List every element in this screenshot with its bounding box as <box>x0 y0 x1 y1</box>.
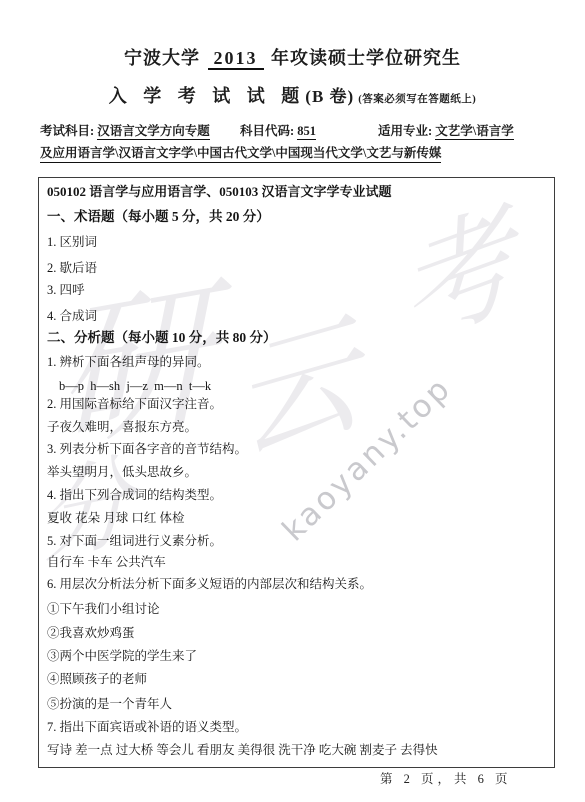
question-box: 050102 语言学与应用语言学、050103 汉语言文字学专业试题 一、术语题… <box>38 177 555 768</box>
analysis-q6-item-2: ②我喜欢炒鸡蛋 <box>47 626 135 641</box>
section-2-heading: 二、分析题（每小题 10 分，共 80 分） <box>47 330 277 345</box>
majors-value: 文艺学\语言学 <box>435 124 513 140</box>
analysis-q7-words: 写诗 差一点 过大桥 等会儿 看朋友 美得很 洗干净 吃大碗 割麦子 去得快 <box>47 743 438 758</box>
analysis-q5-words: 自行车 卡车 公共汽车 <box>47 555 166 570</box>
exam-title-line1: 宁波大学 2013 年攻读硕士学位研究生 <box>0 44 585 70</box>
section-1-heading: 一、术语题（每小题 5 分，共 20 分） <box>47 209 270 224</box>
exam-year: 2013 <box>208 48 264 70</box>
analysis-q3-sentence: 举头望明月，低头思故乡。 <box>47 465 197 480</box>
analysis-q6-item-3: ③两个中医学院的学生来了 <box>47 649 197 664</box>
term-question-1: 1. 区别词 <box>47 235 97 250</box>
subject-value: 汉语言文学方向专题 <box>97 124 210 140</box>
analysis-q5: 5. 对下面一组词进行义素分析。 <box>47 534 222 549</box>
program-codes-line: 050102 语言学与应用语言学、050103 汉语言文字学专业试题 <box>47 184 392 199</box>
code-label: 科目代码: <box>240 124 297 138</box>
analysis-q6-item-5: ⑤扮演的是一个青年人 <box>47 697 172 712</box>
majors-label: 适用专业: <box>378 124 435 138</box>
meta-code: 科目代码: 851 <box>240 121 316 139</box>
analysis-q1-items: b—p h—sh j—z m—n t—k <box>59 379 211 394</box>
meta-subject: 考试科目: 汉语言文学方向专题 <box>40 121 210 139</box>
university-name: 宁波大学 <box>124 48 200 68</box>
term-question-3: 3. 四呼 <box>47 283 85 298</box>
code-value: 851 <box>297 124 316 140</box>
analysis-q6-item-1: ①下午我们小组讨论 <box>47 602 160 617</box>
analysis-q2-sentence: 子夜久难明，喜报东方亮。 <box>47 420 197 435</box>
page-number: 第 2 页，共 6 页 <box>380 769 512 787</box>
analysis-q2: 2. 用国际音标给下面汉字注音。 <box>47 397 222 412</box>
term-question-2: 2. 歇后语 <box>47 261 97 276</box>
analysis-q4-words: 夏收 花朵 月球 口红 体检 <box>47 511 185 526</box>
exam-title-line2: 入 学 考 试 试 题(B 卷) (答案必须写在答题纸上) <box>0 82 585 108</box>
analysis-q4: 4. 指出下列合成词的结构类型。 <box>47 488 222 503</box>
analysis-q6-item-4: ④照顾孩子的老师 <box>47 672 147 687</box>
degree-text: 年攻读硕士学位研究生 <box>271 48 461 68</box>
answer-sheet-note: (答案必须写在答题纸上) <box>358 94 476 105</box>
analysis-q1: 1. 辨析下面各组声母的异同。 <box>47 355 210 370</box>
exam-title-main: 入 学 考 试 试 题 <box>109 86 306 106</box>
term-question-4: 4. 合成词 <box>47 309 97 324</box>
meta-majors: 适用专业: 文艺学\语言学 <box>378 121 514 139</box>
exam-volume-label: (B 卷) <box>305 87 354 106</box>
analysis-q6: 6. 用层次分析法分析下面多义短语的内部层次和结构关系。 <box>47 577 372 592</box>
analysis-q3: 3. 列表分析下面各字音的音节结构。 <box>47 442 247 457</box>
subject-label: 考试科目: <box>40 124 97 138</box>
majors-continuation: 及应用语言学\汉语言文字学\中国古代文学\中国现当代文学\文艺与新传媒 <box>40 143 441 163</box>
analysis-q7: 7. 指出下面宾语或补语的语义类型。 <box>47 720 247 735</box>
exam-page: 考 研 云 分 kaoyany.top 宁波大学 2013 年攻读硕士学位研究生… <box>0 0 585 802</box>
